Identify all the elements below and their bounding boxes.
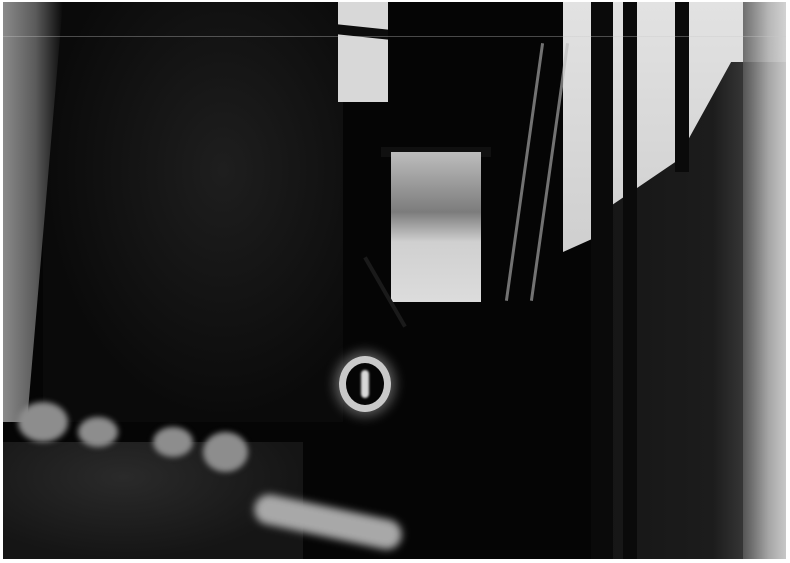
vertical-pole — [591, 2, 613, 559]
pale-blotch — [78, 417, 118, 447]
upper-window — [338, 2, 388, 102]
vertical-pole — [675, 2, 689, 172]
dark-panel-left — [43, 2, 343, 422]
pale-blotch — [153, 427, 193, 457]
pale-blotch — [203, 432, 248, 472]
vertical-pole — [623, 2, 637, 559]
photograph — [3, 2, 786, 559]
middle-window — [391, 152, 481, 302]
film-scratch — [3, 36, 786, 37]
drape-highlight-edge — [743, 2, 786, 559]
ring-light-core — [361, 370, 369, 398]
pale-blotch — [18, 402, 68, 442]
